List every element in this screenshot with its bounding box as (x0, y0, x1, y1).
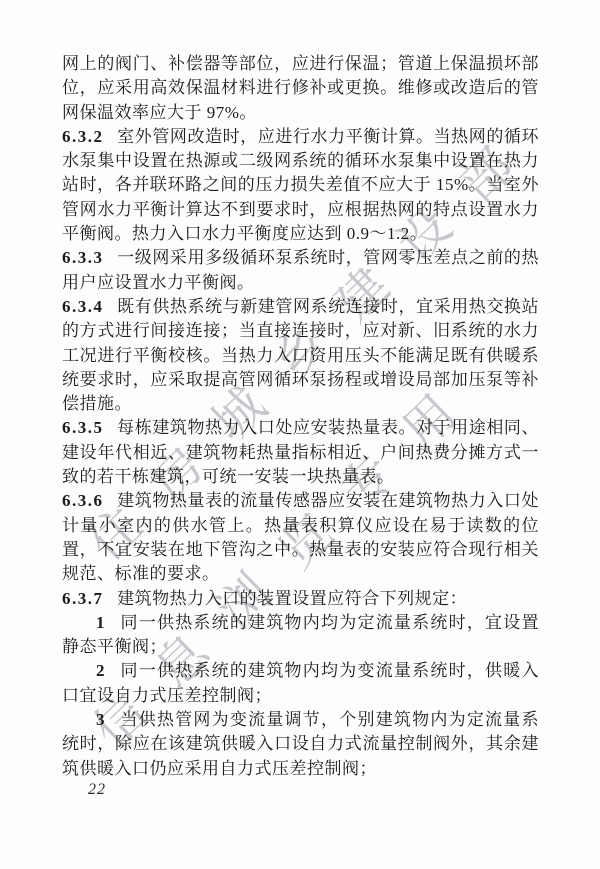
paragraph-text: 网上的阀门、补偿器等部位，应进行保温；管道上保温损坏部位，应采用高效保温材料进行… (62, 54, 539, 122)
paragraph-text: 每栋建筑物热力入口处应安装热量表。对于用途相同、建设年代相近、建筑物耗热量指标相… (62, 418, 539, 486)
section-number: 6.3.7 (62, 589, 104, 608)
paragraph-text: 一级网采用多级循环泵系统时，管网零压差点之前的热用户应设置水力平衡阀。 (62, 248, 539, 291)
paragraph-text: 室外管网改造时，应进行水力平衡计算。当热网的循环水泵集中设置在热源或二级网系统的… (62, 127, 539, 243)
document-page: 住房城乡建设部 信息浏览专用 网上的阀门、补偿器等部位，应进行保温；管道上保温损… (0, 0, 600, 869)
section-paragraph: 6.3.5每栋建筑物热力入口处应安装热量表。对于用途相同、建设年代相近、建筑物耗… (62, 416, 539, 489)
intro-paragraph: 网上的阀门、补偿器等部位，应进行保温；管道上保温损坏部位，应采用高效保温材料进行… (62, 52, 539, 125)
section-paragraph: 6.3.3一级网采用多级循环泵系统时，管网零压差点之前的热用户应设置水力平衡阀。 (62, 246, 539, 295)
section-number: 6.3.5 (62, 418, 104, 437)
item-number: 1 (96, 613, 105, 632)
paragraph-text: 当供热管网为变流量调节，个别建筑物内为定流量系统时，除应在该建筑供暖入口设自力式… (62, 710, 539, 778)
list-item: 2同一供热系统的建筑物内均为变流量系统时，供暖入口宜设自力式压差控制阀； (62, 659, 539, 708)
paragraph-text: 既有供热系统与新建管网系统连接时，宜采用热交换站的方式进行间接连接；当直接连接时… (62, 297, 539, 413)
paragraph-text: 建筑物热量表的流量传感器应安装在建筑物热力入口处计量小室内的供水管上。热量表积算… (62, 491, 539, 583)
list-item: 1同一供热系统的建筑物内均为定流量系统时，宜设置静态平衡阀； (62, 611, 539, 660)
section-paragraph: 6.3.7建筑物热力入口的装置设置应符合下列规定： (62, 587, 539, 611)
section-paragraph: 6.3.2室外管网改造时，应进行水力平衡计算。当热网的循环水泵集中设置在热源或二… (62, 125, 539, 246)
section-paragraph: 6.3.4既有供热系统与新建管网系统连接时，宜采用热交换站的方式进行间接连接；当… (62, 295, 539, 416)
paragraph-text: 建筑物热力入口的装置设置应符合下列规定： (117, 589, 467, 608)
paragraph-text: 同一供热系统的建筑物内均为定流量系统时，宜设置静态平衡阀； (62, 613, 539, 656)
item-number: 3 (96, 710, 105, 729)
section-number: 6.3.3 (62, 248, 104, 267)
list-item: 3当供热管网为变流量调节，个别建筑物内为定流量系统时，除应在该建筑供暖入口设自力… (62, 708, 539, 781)
section-number: 6.3.4 (62, 297, 104, 316)
section-number: 6.3.6 (62, 491, 104, 510)
item-number: 2 (96, 661, 105, 680)
page-number: 22 (88, 781, 106, 799)
paragraph-text: 同一供热系统的建筑物内均为变流量系统时，供暖入口宜设自力式压差控制阀； (62, 661, 539, 704)
text-body: 网上的阀门、补偿器等部位，应进行保温；管道上保温损坏部位，应采用高效保温材料进行… (62, 52, 539, 781)
section-number: 6.3.2 (62, 127, 104, 146)
section-paragraph: 6.3.6建筑物热量表的流量传感器应安装在建筑物热力入口处计量小室内的供水管上。… (62, 489, 539, 586)
